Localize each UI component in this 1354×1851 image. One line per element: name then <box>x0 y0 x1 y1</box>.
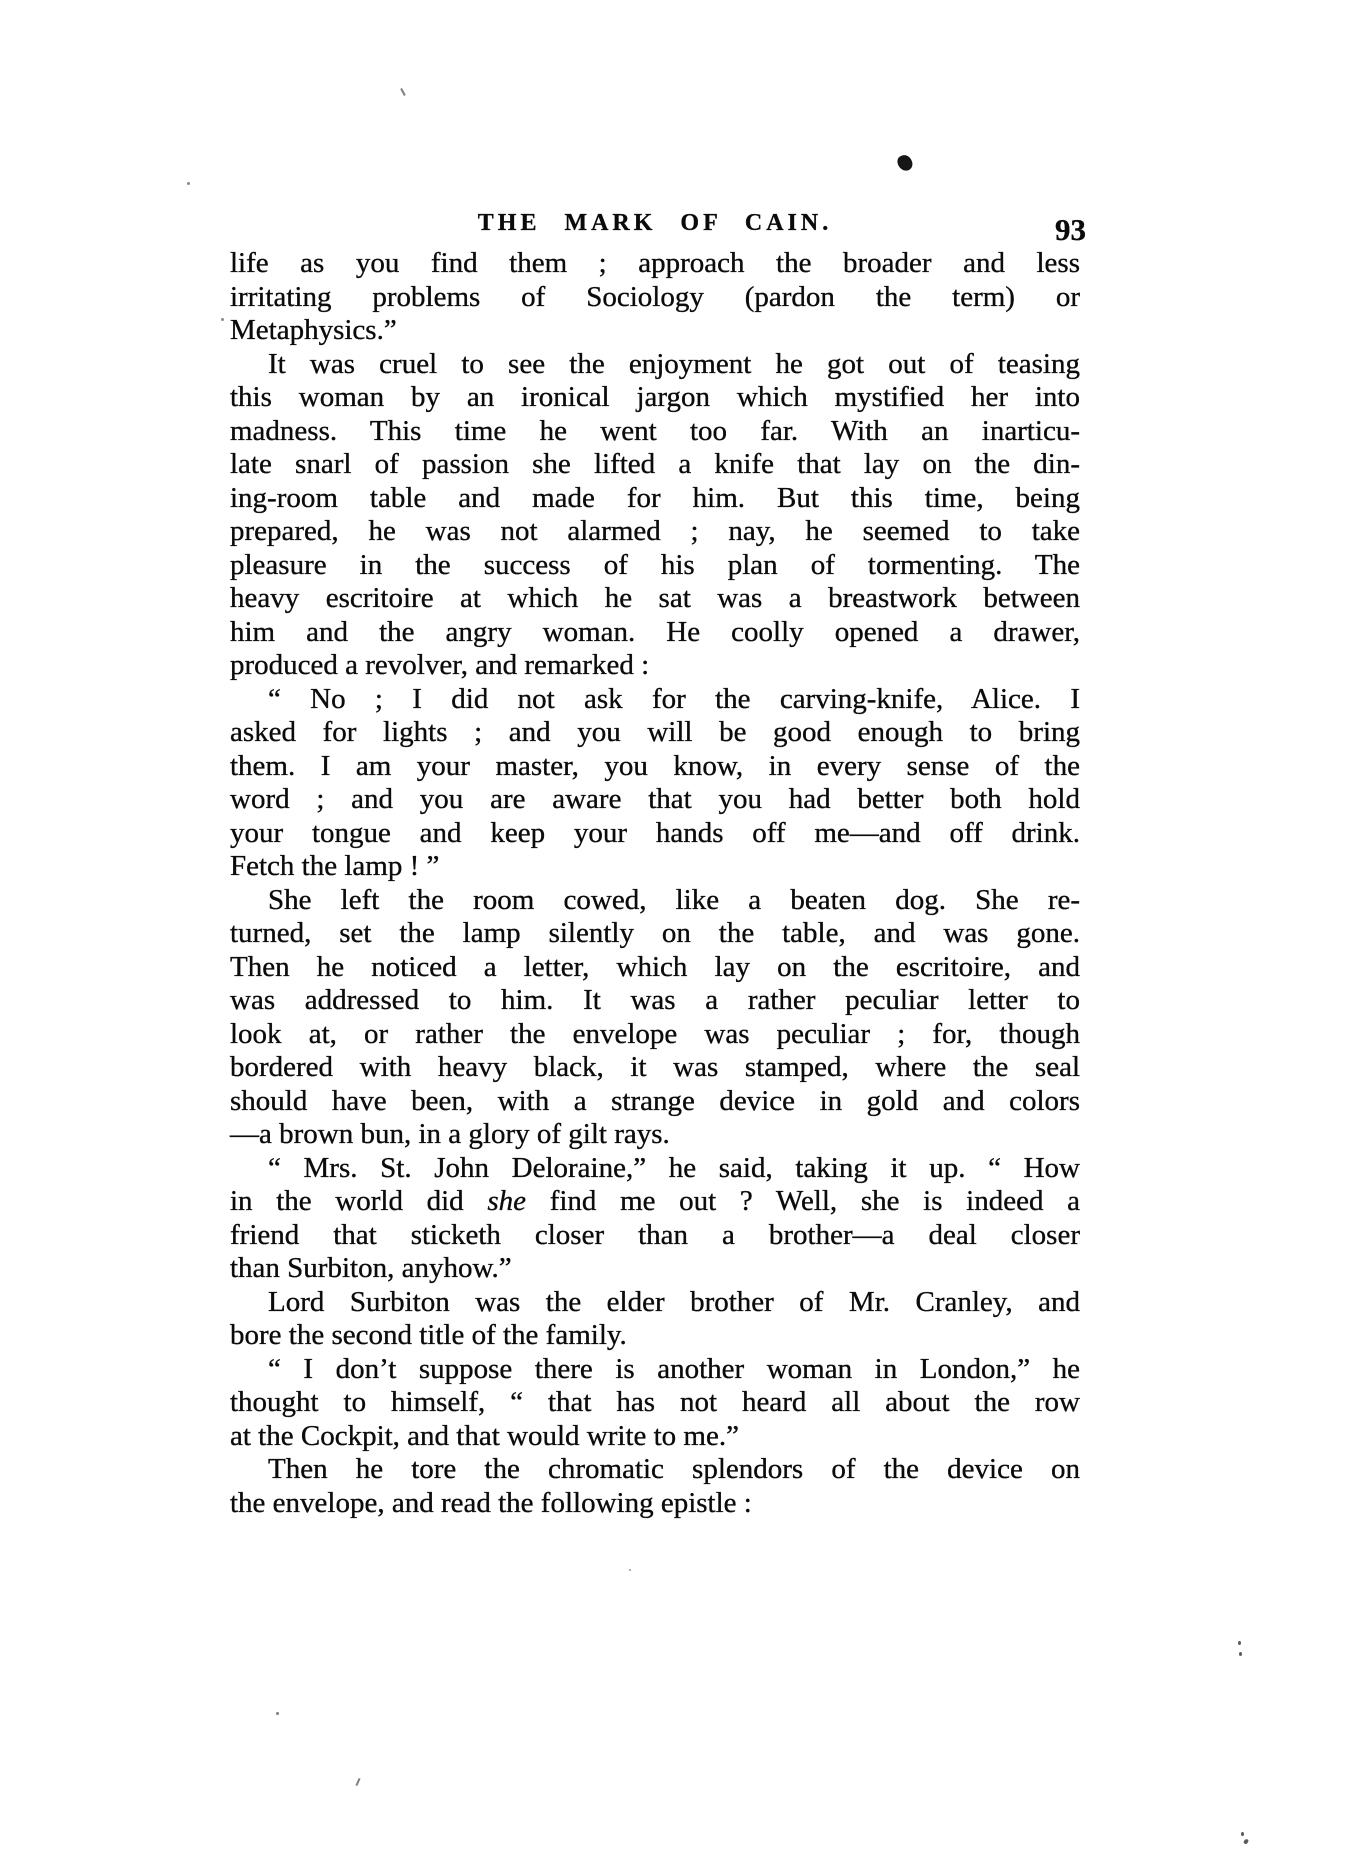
text-line: your tongue and keep your hands off me—a… <box>230 817 1080 851</box>
text-line: was addressed to him. It was a rather pe… <box>230 984 1080 1018</box>
scan-speck <box>276 1712 279 1715</box>
text-line: asked for lights ; and you will be good … <box>230 716 1080 750</box>
ink-blot <box>895 153 914 173</box>
text-line: Then he noticed a letter, which lay on t… <box>230 951 1080 985</box>
text-line: “ I don’t suppose there is another woman… <box>230 1353 1080 1387</box>
book-page: THE MARK OF CAIN. 93 life as you find th… <box>0 0 1354 1851</box>
page-number: 93 <box>1055 212 1086 248</box>
text-line: him and the angry woman. He coolly opene… <box>230 616 1080 650</box>
scan-speck <box>1238 1641 1241 1645</box>
italic-text: she <box>487 1185 526 1217</box>
text-line: the envelope, and read the following epi… <box>230 1487 1080 1521</box>
scan-speck <box>187 182 190 185</box>
text-line: Lord Surbiton was the elder brother of M… <box>230 1286 1080 1320</box>
text-line: pleasure in the success of his plan of t… <box>230 549 1080 583</box>
text-line: heavy escritoire at which he sat was a b… <box>230 582 1080 616</box>
text-line: “ Mrs. St. John Deloraine,” he said, tak… <box>230 1152 1080 1186</box>
page-body: life as you find them ; approach the bro… <box>230 247 1080 1520</box>
text-line: ing-room table and made for him. But thi… <box>230 482 1080 516</box>
text-line: —a brown bun, in a glory of gilt rays. <box>230 1118 1080 1152</box>
text-line: should have been, with a strange device … <box>230 1085 1080 1119</box>
text-line: in the world did she find me out ? Well,… <box>230 1185 1080 1219</box>
text-segment: find me out ? Well, she is indeed a <box>526 1185 1080 1217</box>
page-title: THE MARK OF CAIN. <box>230 210 1080 237</box>
running-header: THE MARK OF CAIN. 93 <box>230 206 1080 250</box>
text-line: this woman by an ironical jargon which m… <box>230 381 1080 415</box>
scan-speck <box>629 1569 631 1571</box>
text-line: Fetch the lamp ! ” <box>230 850 1080 884</box>
text-line: friend that sticketh closer than a broth… <box>230 1219 1080 1253</box>
text-line: produced a revolver, and remarked : <box>230 649 1080 683</box>
text-line: prepared, he was not alarmed ; nay, he s… <box>230 515 1080 549</box>
text-line: It was cruel to see the enjoyment he got… <box>230 348 1080 382</box>
scan-speck <box>1243 1838 1249 1844</box>
text-line: look at, or rather the envelope was pecu… <box>230 1018 1080 1052</box>
scan-speck <box>355 1778 360 1786</box>
scan-speck <box>221 318 224 321</box>
text-line: at the Cockpit, and that would write to … <box>230 1420 1080 1454</box>
scan-speck <box>1241 1832 1244 1836</box>
text-line: than Surbiton, anyhow.” <box>230 1252 1080 1286</box>
text-line: word ; and you are aware that you had be… <box>230 783 1080 817</box>
text-line: thought to himself, “ that has not heard… <box>230 1386 1080 1420</box>
text-segment: in the world did <box>230 1185 487 1217</box>
text-line: madness. This time he went too far. With… <box>230 415 1080 449</box>
scan-speck <box>1239 1652 1242 1656</box>
text-line: “ No ; I did not ask for the carving-kni… <box>230 683 1080 717</box>
text-line: life as you find them ; approach the bro… <box>230 247 1080 281</box>
text-line: Metaphysics.” <box>230 314 1080 348</box>
text-line: bore the second title of the family. <box>230 1319 1080 1353</box>
text-line: them. I am your master, you know, in eve… <box>230 750 1080 784</box>
text-line: turned, set the lamp silently on the tab… <box>230 917 1080 951</box>
text-line: Then he tore the chromatic splendors of … <box>230 1453 1080 1487</box>
text-line: irritating problems of Sociology (pardon… <box>230 281 1080 315</box>
text-line: She left the room cowed, like a beaten d… <box>230 884 1080 918</box>
text-line: bordered with heavy black, it was stampe… <box>230 1051 1080 1085</box>
scan-speck <box>400 88 406 96</box>
text-line: late snarl of passion she lifted a knife… <box>230 448 1080 482</box>
